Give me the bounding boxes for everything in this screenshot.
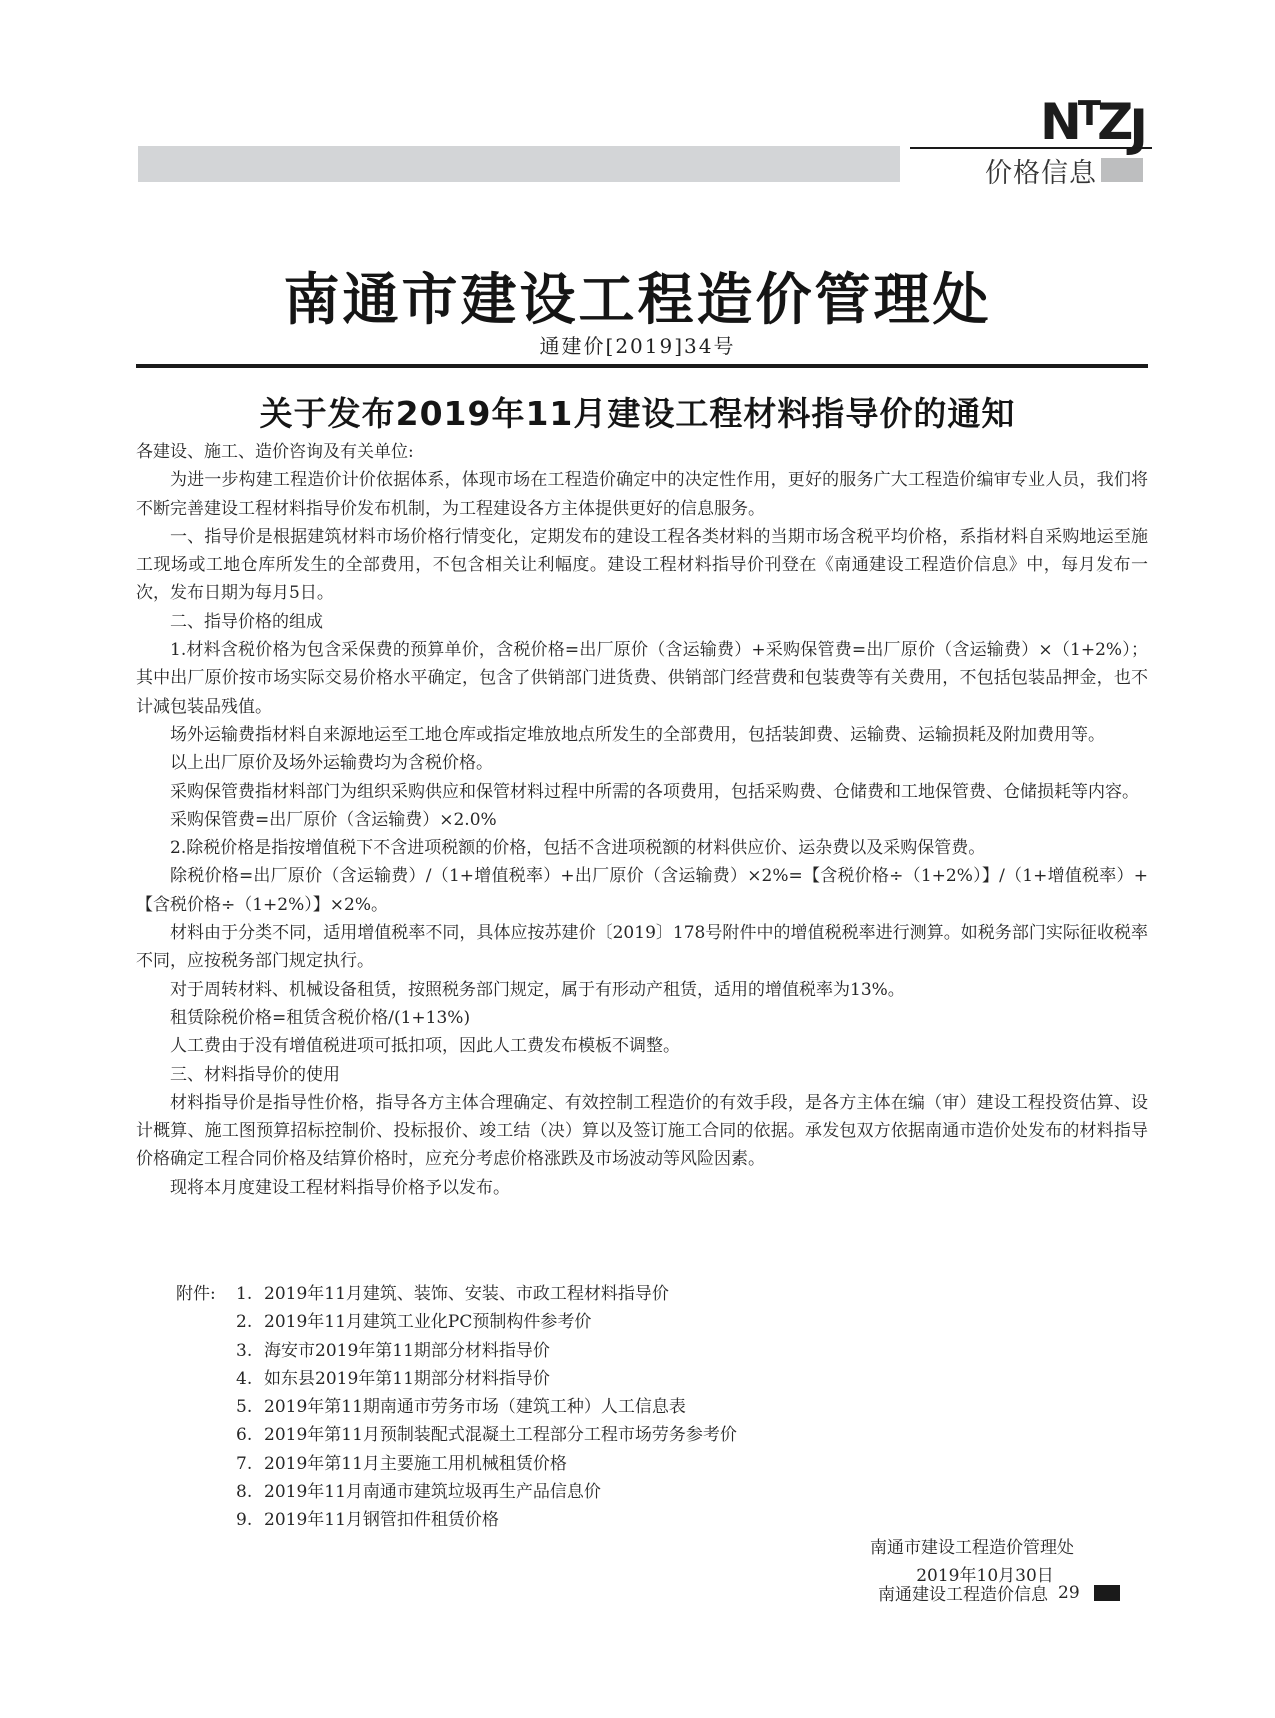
attachment-prefix: 附件: [176,1280,236,1308]
paragraph: 现将本月度建设工程材料指导价格予以发布。 [136,1174,1148,1202]
page-number: 29 [1058,1583,1080,1603]
header-rule [910,147,1152,149]
title-divider [136,364,1148,368]
paragraph: 为进一步构建工程造价计价依据体系，体现市场在工程造价确定中的决定性作用，更好的服… [136,466,1148,523]
paragraph: 以上出厂原价及场外运输费均为含税价格。 [136,749,1148,777]
formula: 租赁除税价格=租赁含税价格/(1+13%) [136,1004,1148,1032]
paragraph: 一、指导价是根据建筑材料市场价格行情变化，定期发布的建设工程各类材料的当期市场含… [136,523,1148,608]
list-item: 5. 2019年第11期南通市劳务市场（建筑工种）人工信息表 [176,1393,876,1421]
formula: 采购保管费=出厂原价（含运输费）×2.0% [136,806,1148,834]
header-band [138,146,900,182]
ntzj-logo: NTZJ [1040,92,1150,152]
publication-name: 南通建设工程造价信息 [878,1580,1048,1605]
footer-mark [1094,1585,1120,1601]
list-item: 4. 如东县2019年第11期部分材料指导价 [176,1365,876,1393]
list-item: 6. 2019年第11月预制装配式混凝土工程部分工程市场劳务参考价 [176,1421,876,1449]
paragraph: 人工费由于没有增值税进项可抵扣项，因此人工费发布模板不调整。 [136,1032,1148,1060]
paragraph: 1.材料含税价格为包含采保费的预算单价，含税价格=出厂原价（含运输费）+采购保管… [136,636,1148,721]
paragraph: 采购保管费指材料部门为组织采购供应和保管材料过程中所需的各项费用，包括采购费、仓… [136,778,1148,806]
list-item: 3. 海安市2019年第11期部分材料指导价 [176,1337,876,1365]
paragraph: 场外运输费指材料自来源地运至工地仓库或指定堆放地点所发生的全部费用，包括装卸费、… [136,721,1148,749]
attachment-list: 附件: 1. 2019年11月建筑、装饰、安装、市政工程材料指导价 2. 201… [176,1280,876,1535]
page-footer: 南通建设工程造价信息 29 [878,1580,1120,1605]
signature-org: 南通市建设工程造价管理处 [870,1534,1100,1562]
section-heading: 三、材料指导价的使用 [136,1061,1148,1089]
section-tag: 价格信息 [985,152,1143,188]
section-label: 价格信息 [985,151,1097,190]
section-heading: 二、指导价格的组成 [136,608,1148,636]
paragraph: 材料由于分类不同，适用增值税率不同，具体应按苏建价〔2019〕178号附件中的增… [136,919,1148,976]
logo-text: NTZJ [1040,93,1144,151]
list-item: 8. 2019年11月南通市建筑垃圾再生产品信息价 [176,1478,876,1506]
notice-title: 关于发布2019年11月建设工程材料指导价的通知 [0,388,1275,435]
list-item: 附件: 1. 2019年11月建筑、装饰、安装、市政工程材料指导价 [176,1280,876,1308]
notice-body: 各建设、施工、造价咨询及有关单位: 为进一步构建工程造价计价依据体系，体现市场在… [136,438,1148,1202]
list-item: 9. 2019年11月钢管扣件租赁价格 [176,1506,876,1534]
paragraph: 2.除税价格是指按增值税下不含进项税额的价格，包括不含进项税额的材料供应价、运杂… [136,834,1148,862]
paragraph: 对于周转材料、机械设备租赁，按照税务部门规定，属于有形动产租赁，适用的增值税率为… [136,976,1148,1004]
list-item: 2. 2019年11月建筑工业化PC预制构件参考价 [176,1308,876,1336]
agency-name: 南通市建设工程造价管理处 [0,256,1275,336]
section-swatch [1101,158,1143,182]
formula: 除税价格=出厂原价（含运输费）/（1+增值税率）+出厂原价（含运输费）×2%=【… [136,862,1148,919]
salutation: 各建设、施工、造价咨询及有关单位: [136,438,1148,466]
document-number: 通建价[2019]34号 [0,330,1275,359]
paragraph: 材料指导价是指导性价格，指导各方主体合理确定、有效控制工程造价的有效手段，是各方… [136,1089,1148,1174]
list-item: 7. 2019年第11月主要施工用机械租赁价格 [176,1450,876,1478]
